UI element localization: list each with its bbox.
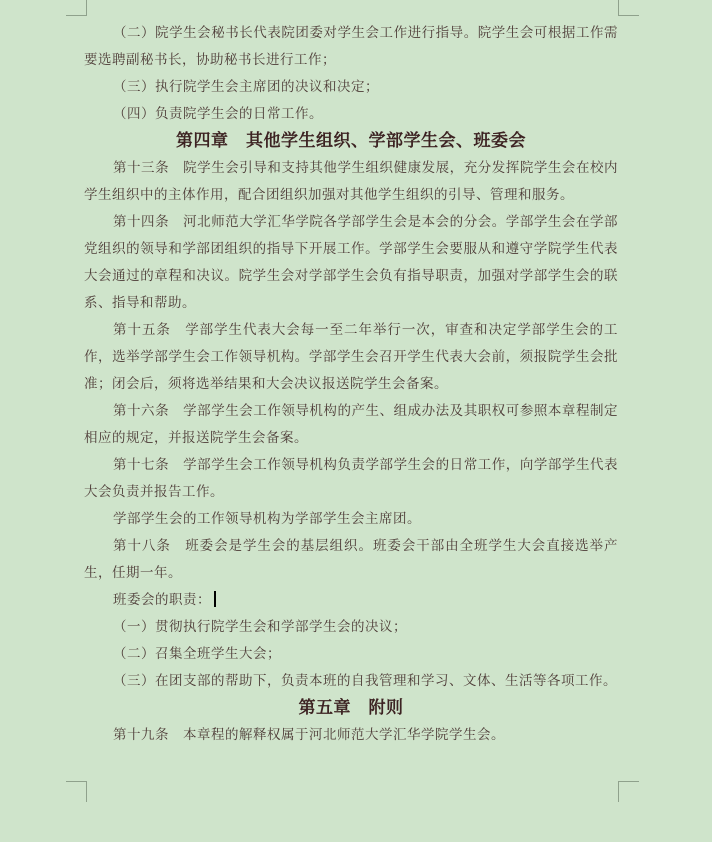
paragraph: 第十五条 学部学生代表大会每一至二年举行一次，审查和决定学部学生会的工作，选举学…: [84, 316, 618, 397]
paragraph: （一）贯彻执行院学生会和学部学生会的决议；: [84, 613, 618, 640]
margin-mark-top-right-icon: [618, 0, 639, 16]
document-body[interactable]: （二）院学生会秘书长代表院团委对学生会工作进行指导。院学生会可根据工作需要选聘副…: [84, 19, 618, 748]
margin-mark-bottom-left-icon: [66, 781, 87, 802]
paragraph: （三）执行院学生会主席团的决议和决定；: [84, 73, 618, 100]
paragraph: 第十九条 本章程的解释权属于河北师范大学汇华学院学生会。: [84, 721, 618, 748]
paragraph: 第十八条 班委会是学生会的基层组织。班委会干部由全班学生大会直接选举产生，任期一…: [84, 532, 618, 586]
paragraph: （三）在团支部的帮助下，负责本班的自我管理和学习、文体、生活等各项工作。: [84, 667, 618, 694]
margin-mark-bottom-right-icon: [618, 781, 639, 802]
paragraph: （二）院学生会秘书长代表院团委对学生会工作进行指导。院学生会可根据工作需要选聘副…: [84, 19, 618, 73]
paragraph: 第十三条 院学生会引导和支持其他学生组织健康发展，充分发挥院学生会在校内学生组织…: [84, 154, 618, 208]
paragraph: 第十七条 学部学生会工作领导机构负责学部学生会的日常工作，向学部学生代表大会负责…: [84, 451, 618, 505]
paragraph: （四）负责院学生会的日常工作。: [84, 100, 618, 127]
text-cursor: [214, 591, 216, 607]
paragraph: 班委会的职责：: [84, 586, 618, 613]
paragraph: 第十四条 河北师范大学汇华学院各学部学生会是本会的分会。学部学生会在学部党组织的…: [84, 208, 618, 316]
paragraph: 学部学生会的工作领导机构为学部学生会主席团。: [84, 505, 618, 532]
paragraph: （二）召集全班学生大会；: [84, 640, 618, 667]
section-heading: 第四章 其他学生组织、学部学生会、班委会: [84, 127, 618, 154]
margin-mark-top-left-icon: [66, 0, 87, 16]
section-heading: 第五章 附则: [84, 694, 618, 721]
paragraph: 第十六条 学部学生会工作领导机构的产生、组成办法及其职权可参照本章程制定相应的规…: [84, 397, 618, 451]
document-page: （二）院学生会秘书长代表院团委对学生会工作进行指导。院学生会可根据工作需要选聘副…: [0, 0, 712, 842]
